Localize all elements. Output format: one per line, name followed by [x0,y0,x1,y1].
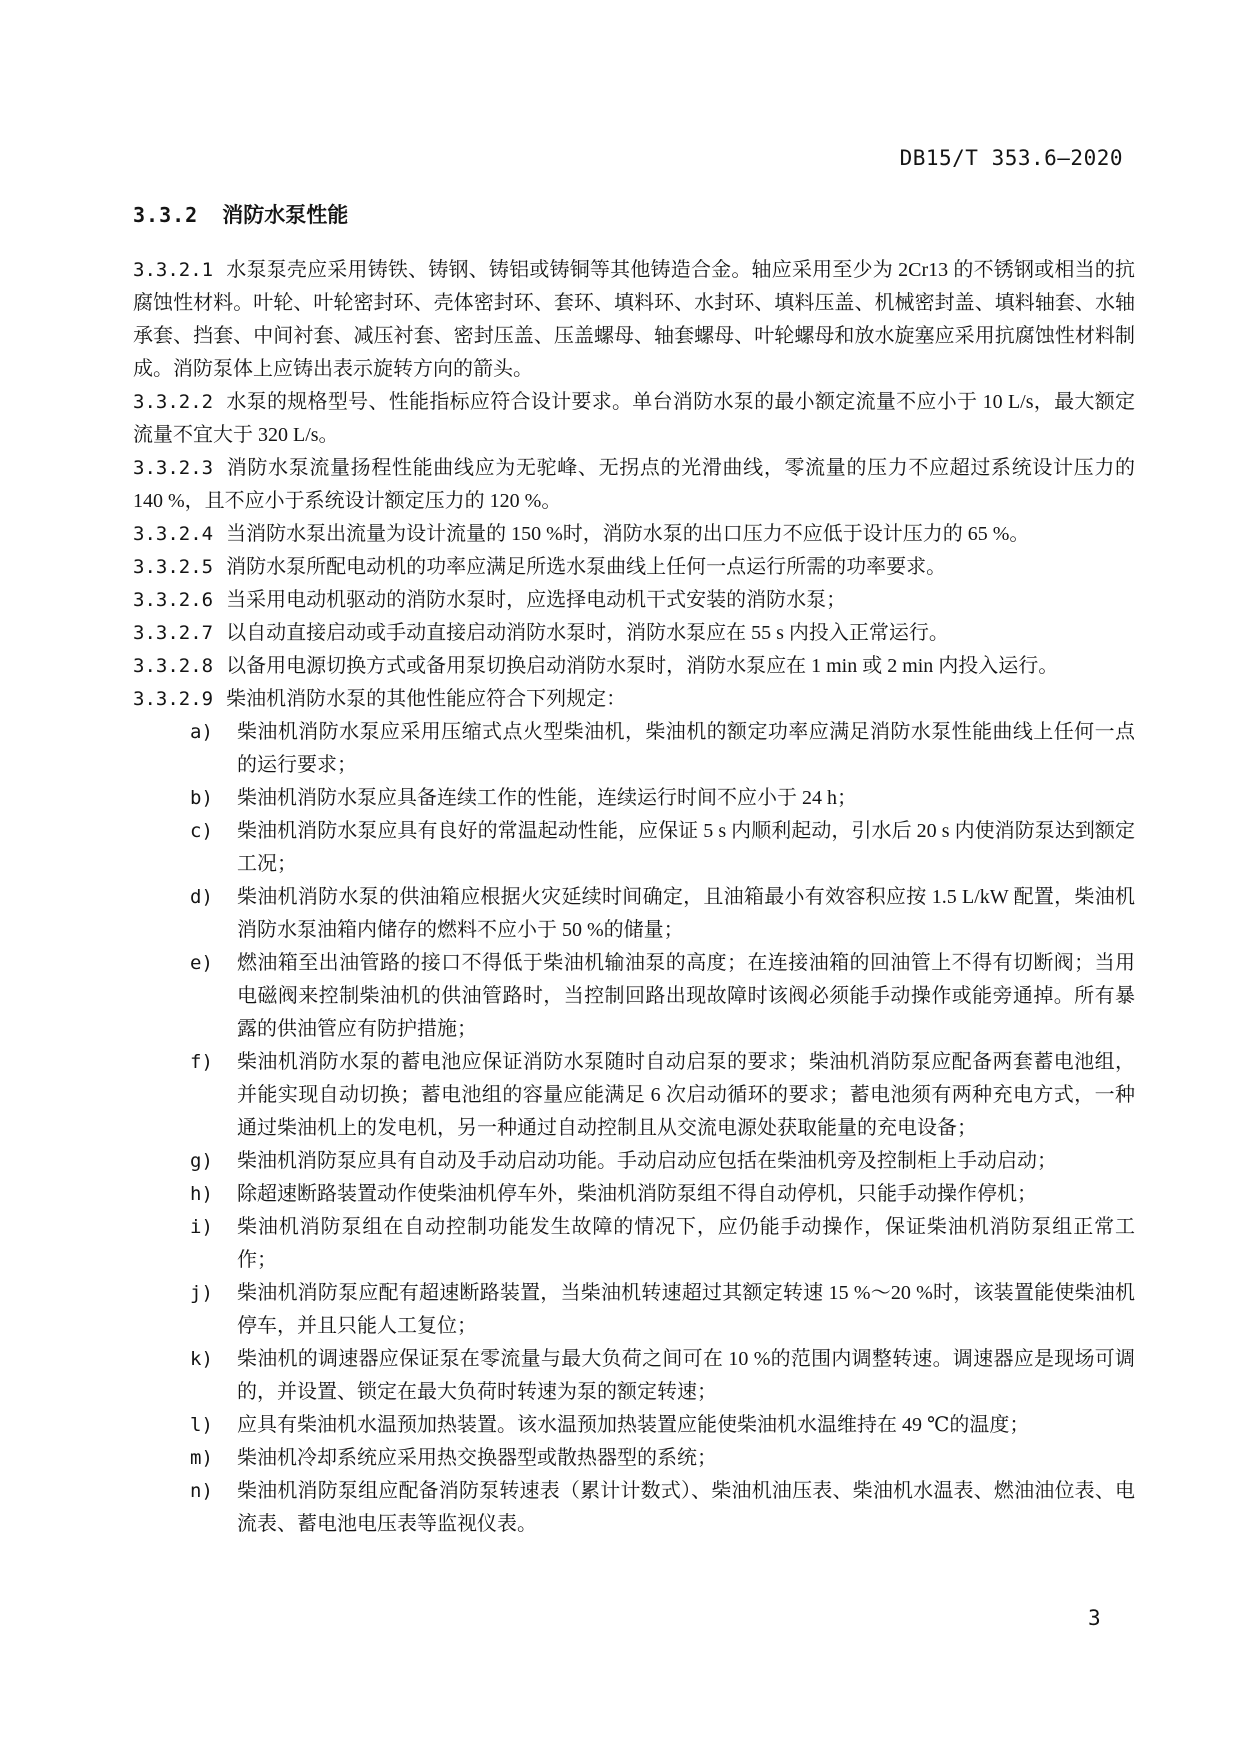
list-item-text: 柴油机消防泵应配有超速断路装置，当柴油机转速超过其额定转速 15 %～20 %时… [237,1282,1135,1337]
list-item: l)应具有柴油机水温预加热装置。该水温预加热装置应能使柴油机水温维持在 49 ℃… [133,1409,1135,1442]
clause-number: 3.3.2.5 [133,556,213,578]
clause-paragraph: 3.3.2.6当采用电动机驱动的消防水泵时，应选择电动机干式安装的消防水泵； [133,584,1135,617]
list-item-marker: a) [190,716,213,749]
clause-paragraph: 3.3.2.7以自动直接启动或手动直接启动消防水泵时，消防水泵应在 55 s 内… [133,617,1135,650]
list-item-marker: c) [190,815,213,848]
clause-paragraph: 3.3.2.4当消防水泵出流量为设计流量的 150 %时，消防水泵的出口压力不应… [133,518,1135,551]
list-item: j)柴油机消防泵应配有超速断路装置，当柴油机转速超过其额定转速 15 %～20 … [133,1277,1135,1343]
list-item-text: 柴油机消防水泵的供油箱应根据火灾延续时间确定，且油箱最小有效容积应按 1.5 L… [237,886,1135,941]
list-item: k)柴油机的调速器应保证泵在零流量与最大负荷之间可在 10 %的范围内调整转速。… [133,1343,1135,1409]
list-item-text: 柴油机消防泵组应配备消防泵转速表（累计计数式）、柴油机油压表、柴油机水温表、燃油… [237,1480,1135,1535]
list-item-marker: e) [190,947,213,980]
list-item-marker: k) [190,1343,213,1376]
list-item-text: 柴油机消防泵组在自动控制功能发生故障的情况下，应仍能手动操作，保证柴油机消防泵组… [237,1216,1135,1271]
list-item-marker: j) [190,1277,213,1310]
clause-text: 消防水泵流量扬程性能曲线应为无驼峰、无拐点的光滑曲线，零流量的压力不应超过系统设… [133,457,1135,512]
clause-number: 3.3.2.4 [133,523,213,545]
lettered-list-container: a)柴油机消防水泵应采用压缩式点火型柴油机，柴油机的额定功率应满足消防水泵性能曲… [133,716,1135,1541]
list-item: e)燃油箱至出油管路的接口不得低于柴油机输油泵的高度；在连接油箱的回油管上不得有… [133,947,1135,1046]
document-code-header: DB15/T 353.6—2020 [900,146,1123,170]
clause-paragraph: 3.3.2.9柴油机消防水泵的其他性能应符合下列规定： [133,683,1135,716]
list-item-text: 燃油箱至出油管路的接口不得低于柴油机输油泵的高度；在连接油箱的回油管上不得有切断… [237,952,1135,1040]
list-item-marker: b) [190,782,213,815]
clauses-and-list: 3.3.2.1水泵泵壳应采用铸铁、铸钢、铸铝或铸铜等其他铸造合金。轴应采用至少为… [133,254,1135,1541]
list-item: n)柴油机消防泵组应配备消防泵转速表（累计计数式）、柴油机油压表、柴油机水温表、… [133,1475,1135,1541]
list-item-text: 柴油机消防水泵应采用压缩式点火型柴油机，柴油机的额定功率应满足消防水泵性能曲线上… [237,721,1135,776]
clause-text: 当消防水泵出流量为设计流量的 150 %时，消防水泵的出口压力不应低于设计压力的… [226,523,1029,545]
clause-paragraph: 3.3.2.2水泵的规格型号、性能指标应符合设计要求。单台消防水泵的最小额定流量… [133,386,1135,452]
list-item: h)除超速断路装置动作使柴油机停车外，柴油机消防泵组不得自动停机，只能手动操作停… [133,1178,1135,1211]
section-number: 3.3.2 [133,203,198,227]
clauses-container: 3.3.2.1水泵泵壳应采用铸铁、铸钢、铸铝或铸铜等其他铸造合金。轴应采用至少为… [133,254,1135,716]
list-item-text: 除超速断路装置动作使柴油机停车外，柴油机消防泵组不得自动停机，只能手动操作停机； [237,1183,1037,1205]
list-item-text: 柴油机消防水泵应具有良好的常温起动性能，应保证 5 s 内顺利起动，引水后 20… [237,820,1135,875]
list-item-marker: m) [190,1442,213,1475]
list-item: d)柴油机消防水泵的供油箱应根据火灾延续时间确定，且油箱最小有效容积应按 1.5… [133,881,1135,947]
list-item: g)柴油机消防泵应具有自动及手动启动功能。手动启动应包括在柴油机旁及控制柜上手动… [133,1145,1135,1178]
clause-text: 柴油机消防水泵的其他性能应符合下列规定： [226,688,626,710]
clause-number: 3.3.2.9 [133,688,213,710]
clause-text: 以自动直接启动或手动直接启动消防水泵时，消防水泵应在 55 s 内投入正常运行。 [226,622,949,644]
clause-paragraph: 3.3.2.1水泵泵壳应采用铸铁、铸钢、铸铝或铸铜等其他铸造合金。轴应采用至少为… [133,254,1135,386]
clause-number: 3.3.2.3 [133,457,213,479]
clause-paragraph: 3.3.2.8以备用电源切换方式或备用泵切换启动消防水泵时，消防水泵应在 1 m… [133,650,1135,683]
clause-paragraph: 3.3.2.5消防水泵所配电动机的功率应满足所选水泵曲线上任何一点运行所需的功率… [133,551,1135,584]
clause-text: 消防水泵所配电动机的功率应满足所选水泵曲线上任何一点运行所需的功率要求。 [226,556,946,578]
list-item-text: 柴油机消防泵应具有自动及手动启动功能。手动启动应包括在柴油机旁及控制柜上手动启动… [237,1150,1057,1172]
list-item-text: 柴油机消防水泵的蓄电池应保证消防水泵随时自动启泵的要求；柴油机消防泵应配备两套蓄… [237,1051,1135,1139]
clause-number: 3.3.2.1 [133,259,213,281]
clause-number: 3.3.2.7 [133,622,213,644]
clause-number: 3.3.2.2 [133,391,213,413]
clause-number: 3.3.2.8 [133,655,213,677]
document-body: 3.3.2消防水泵性能 3.3.2.1水泵泵壳应采用铸铁、铸钢、铸铝或铸铜等其他… [133,203,1135,1541]
section-title: 消防水泵性能 [222,203,348,227]
list-item: m)柴油机冷却系统应采用热交换器型或散热器型的系统； [133,1442,1135,1475]
list-item: c)柴油机消防水泵应具有良好的常温起动性能，应保证 5 s 内顺利起动，引水后 … [133,815,1135,881]
list-item: f)柴油机消防水泵的蓄电池应保证消防水泵随时自动启泵的要求；柴油机消防泵应配备两… [133,1046,1135,1145]
document-page: DB15/T 353.6—2020 3.3.2消防水泵性能 3.3.2.1水泵泵… [0,0,1241,1755]
clause-text: 当采用电动机驱动的消防水泵时，应选择电动机干式安装的消防水泵； [226,589,846,611]
list-item-marker: h) [190,1178,213,1211]
list-item-marker: i) [190,1211,213,1244]
list-item-marker: d) [190,881,213,914]
clause-text: 水泵泵壳应采用铸铁、铸钢、铸铝或铸铜等其他铸造合金。轴应采用至少为 2Cr13 … [133,259,1135,380]
clause-number: 3.3.2.6 [133,589,213,611]
list-item-marker: n) [190,1475,213,1508]
list-item-text: 柴油机的调速器应保证泵在零流量与最大负荷之间可在 10 %的范围内调整转速。调速… [237,1348,1135,1403]
list-item-text: 应具有柴油机水温预加热装置。该水温预加热装置应能使柴油机水温维持在 49 ℃的温… [237,1414,1029,1436]
list-item-marker: f) [190,1046,213,1079]
section-heading: 3.3.2消防水泵性能 [133,203,1135,227]
clause-text: 水泵的规格型号、性能指标应符合设计要求。单台消防水泵的最小额定流量不应小于 10… [133,391,1135,446]
list-item: i)柴油机消防泵组在自动控制功能发生故障的情况下，应仍能手动操作，保证柴油机消防… [133,1211,1135,1277]
list-item-marker: g) [190,1145,213,1178]
list-item-marker: l) [190,1409,213,1442]
list-item: a)柴油机消防水泵应采用压缩式点火型柴油机，柴油机的额定功率应满足消防水泵性能曲… [133,716,1135,782]
page-number: 3 [1088,1606,1101,1630]
list-item-text: 柴油机消防水泵应具备连续工作的性能，连续运行时间不应小于 24 h； [237,787,857,809]
clause-paragraph: 3.3.2.3消防水泵流量扬程性能曲线应为无驼峰、无拐点的光滑曲线，零流量的压力… [133,452,1135,518]
clause-text: 以备用电源切换方式或备用泵切换启动消防水泵时，消防水泵应在 1 min 或 2 … [226,655,1058,677]
list-item-text: 柴油机冷却系统应采用热交换器型或散热器型的系统； [237,1447,717,1469]
list-item: b)柴油机消防水泵应具备连续工作的性能，连续运行时间不应小于 24 h； [133,782,1135,815]
